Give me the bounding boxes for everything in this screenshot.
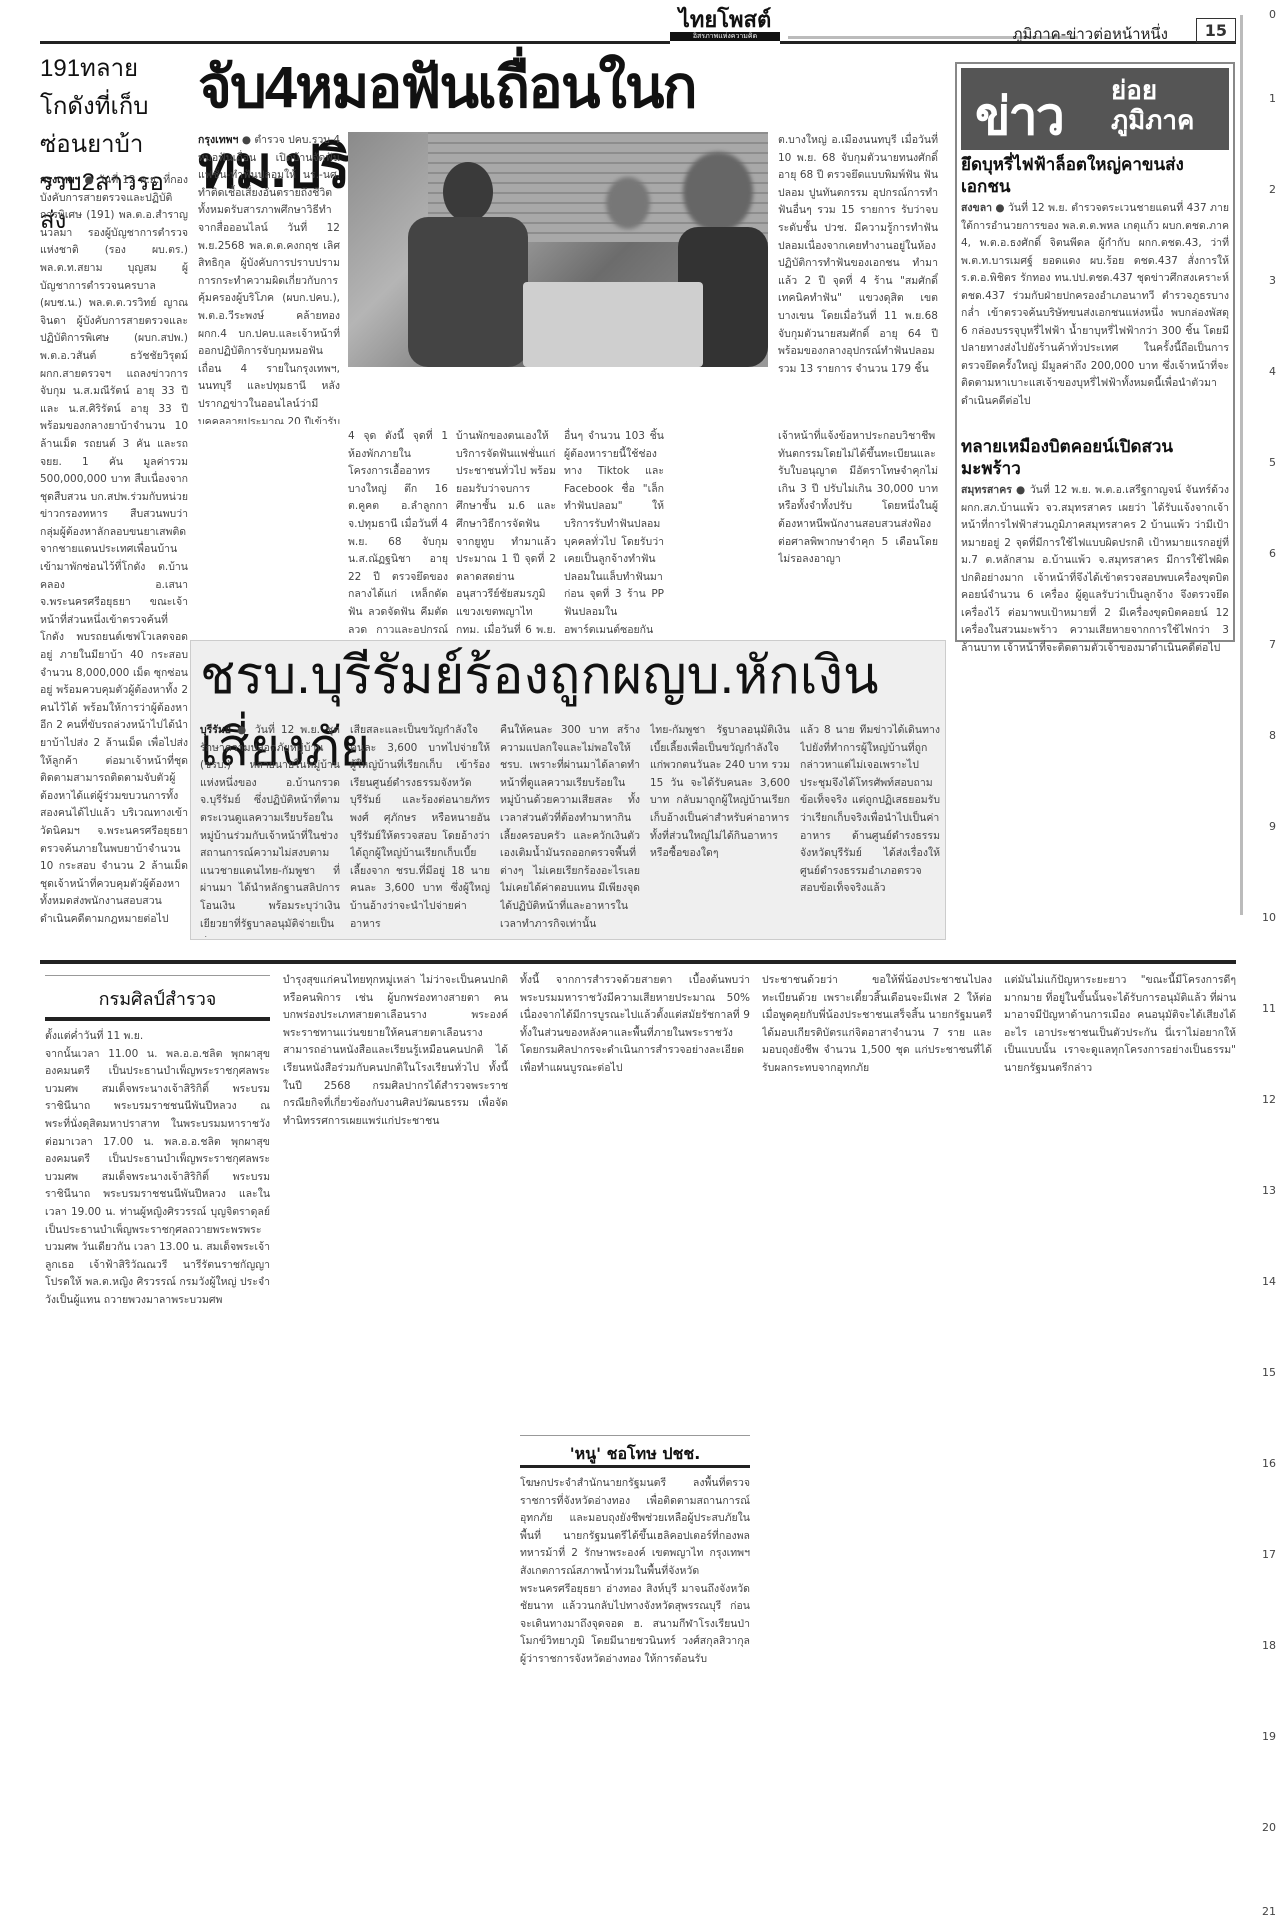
fine-arts-col4: ประชาชนด้วยว่า ขอให้พี่น้องประชาชนไปลงทะ…	[762, 972, 992, 1916]
second-story-col: บุรีรัมย์ ● วันที่ 12 พ.ย. ชุดรักษาความป…	[200, 722, 340, 937]
main-story-lower-col: 4 จุด ดังนี้ จุดที่ 1 ห้องพักภายในโครงกา…	[348, 428, 448, 633]
ruler-mark: 18	[1262, 1639, 1276, 1652]
article-text: ● วันที่ 12 พ.ย. พ.ต.อ.เสรีฐกาญจน์ จันทร…	[961, 484, 1229, 654]
ruler-mark: 9	[1269, 820, 1276, 833]
fine-arts-col5: แต่มันไม่แก้ปัญหาระยะยาว "ขณะนี้มีโครงกา…	[1004, 972, 1236, 1916]
fine-arts-title-rule	[45, 1017, 270, 1021]
side-story-body: กรุงเทพฯ ● วันที่ 12 พ.ย. ที่กองบังคับกา…	[40, 172, 188, 957]
section-name: ภูมิภาค-ข่าวต่อหน้าหนึ่ง	[1013, 22, 1168, 46]
dateline: สมุทรสาคร	[961, 484, 1012, 496]
sub-story-body: โฆษกประจำสำนักนายกรัฐมนตรี ลงพื้นที่ตรวจ…	[520, 1475, 750, 1915]
fine-arts-col1: ตั้งแต่ค่ำวันที่ 11 พ.ย. จากนั้นเวลา 11.…	[45, 1028, 270, 1916]
news-photo	[348, 132, 768, 367]
logo-text: ไทยโพสต์	[670, 8, 780, 32]
ruler-mark: 10	[1262, 911, 1276, 924]
brief-body: สงขลา ● วันที่ 12 พ.ย. ตำรวจตระเวนชายแดน…	[961, 200, 1229, 432]
main-story-col1-cont	[198, 428, 340, 633]
ruler-mark: 6	[1269, 547, 1276, 560]
article-text: ● ตำรวจ ปคบ.รวบ 4 หมอฟันเถื่อน เปิดบ้านจ…	[198, 134, 340, 424]
ruler-mark: 1	[1269, 92, 1276, 105]
main-story-lower-col: บ้านพักของตนเองให้บริการจัดฟันแฟชั่นแก่ป…	[456, 428, 556, 633]
logo-tagline: อิสรภาพแห่งความคิด	[670, 32, 780, 41]
dateline: กรุงเทพฯ	[40, 174, 80, 186]
article-text: จากนั้นเวลา 11.00 น. พล.อ.อ.ชลิต พุกผาสุ…	[45, 1048, 270, 1306]
ruler-mark: 13	[1262, 1184, 1276, 1197]
sub-story-title: 'หนู' ชอโทษ ปชช.	[520, 1435, 750, 1467]
brief-body: สมุทรสาคร ● วันที่ 12 พ.ย. พ.ต.อ.เสรีฐกา…	[961, 482, 1229, 682]
ruler-mark: 2	[1269, 183, 1276, 196]
main-story-col1: กรุงเทพฯ ● ตำรวจ ปคบ.รวบ 4 หมอฟันเถื่อน …	[198, 132, 340, 424]
second-story-col: เสียสละและเป็นขวัญกำลังใจคนละ 3,600 บาทไ…	[350, 722, 490, 937]
ruler-mark: 15	[1262, 1366, 1276, 1379]
fine-arts-title: กรมศิลป์สำรวจ	[45, 975, 270, 1015]
page-number: 15	[1196, 18, 1236, 43]
dateline: กรุงเทพฯ	[198, 134, 238, 146]
ruler-bar	[1240, 15, 1243, 915]
main-story-col-right: ต.บางใหญ่ อ.เมืองนนทบุรี เมื่อวันที่ 10 …	[778, 132, 938, 424]
brief-headline: ยึดบุหรี่ไฟฟ้าล็อตใหญ่คาขนส่งเอกชน	[961, 154, 1229, 198]
photo-person-officer	[443, 162, 493, 222]
ruler-mark: 14	[1262, 1275, 1276, 1288]
photo-table-evidence	[523, 282, 703, 367]
ruler-mark: 8	[1269, 729, 1276, 742]
photo-blurred-face	[606, 177, 650, 229]
sub-story-title-rule	[520, 1465, 750, 1468]
news-brief-box: ข่าว ย่อย ภูมิภาค ยึดบุหรี่ไฟฟ้าล็อตใหญ่…	[955, 62, 1235, 642]
fine-arts-col3: ทั้งนี้ จากการสำรวจด้วยสายตา เบื้องต้นพบ…	[520, 972, 750, 1427]
ruler-mark: 7	[1269, 638, 1276, 651]
second-story-col: ไทย-กัมพูชา รัฐบาลอนุมัติเงินเบี้ยเลี้ยง…	[650, 722, 790, 937]
main-story-lower-col: เจ้าหน้าที่แจ้งข้อหาประกอบวิชาชีพทันตกรร…	[778, 428, 938, 633]
ruler-mark: 12	[1262, 1093, 1276, 1106]
dateline: บุรีรัมย์	[200, 724, 231, 736]
ruler-mark: 19	[1262, 1730, 1276, 1743]
second-story-col: แล้ว 8 นาย ทีมข่าวได้เดินทางไปยังที่ทำกา…	[800, 722, 940, 937]
ruler-mark: 0	[1269, 8, 1276, 21]
main-story-lower-col: อื่นๆ จำนวน 103 ชิ้น ผู้ต้องหารายนี้ใช้ช…	[564, 428, 664, 633]
ruler-mark: 5	[1269, 456, 1276, 469]
article-text: ● วันที่ 12 พ.ย. ตำรวจตระเวนชายแดนที่ 43…	[961, 202, 1229, 407]
ruler-mark: 17	[1262, 1548, 1276, 1561]
article-text: ● วันที่ 12 พ.ย. ที่กองบังคับการสายตรวจแ…	[40, 174, 188, 925]
newspaper-logo: ไทยโพสต์ อิสรภาพแห่งความคิด	[670, 8, 780, 44]
ruler-mark: 21	[1262, 1905, 1276, 1918]
page-header: ไทยโพสต์ อิสรภาพแห่งความคิด ภูมิภาค-ข่าว…	[40, 8, 1236, 44]
brief-banner-title: ข่าว	[975, 74, 1063, 150]
article-text: ● วันที่ 12 พ.ย. ชุดรักษาความปลอดภัยหมู่…	[200, 724, 340, 937]
ruler-mark: 16	[1262, 1457, 1276, 1470]
brief-banner-sub: ย่อย ภูมิภาค	[1111, 76, 1194, 136]
section-divider	[40, 960, 1236, 964]
main-story-lower-col-spacer	[672, 428, 772, 633]
ruler-mark: 11	[1262, 1002, 1276, 1015]
brief-banner: ข่าว ย่อย ภูมิภาค	[961, 68, 1229, 150]
brief-banner-sub2: ภูมิภาค	[1111, 106, 1194, 136]
article-text: ตั้งแต่ค่ำวันที่ 11 พ.ย.	[45, 1028, 270, 1046]
fine-arts-col2: บำรุงสุขแก่คนไทยทุกหมู่เหล่า ไม่ว่าจะเป็…	[283, 972, 508, 1916]
second-story-col: คืนให้คนละ 300 บาท สร้างความแปลกใจและไม่…	[500, 722, 640, 937]
ruler-mark: 20	[1262, 1821, 1276, 1834]
dateline: สงขลา	[961, 202, 992, 214]
ruler-mark: 3	[1269, 274, 1276, 287]
brief-headline: ทลายเหมืองบิตคอยน์เปิดสวนมะพร้าว	[961, 436, 1229, 480]
photo-officer-body	[408, 217, 528, 367]
ruler-mark: 4	[1269, 365, 1276, 378]
photo-blurred-face	[683, 152, 753, 232]
brief-banner-sub1: ย่อย	[1111, 76, 1157, 106]
page-ruler: 0 1 2 3 4 5 6 7 8 9 10 11 12 13 14 15 16…	[1240, 0, 1286, 1920]
